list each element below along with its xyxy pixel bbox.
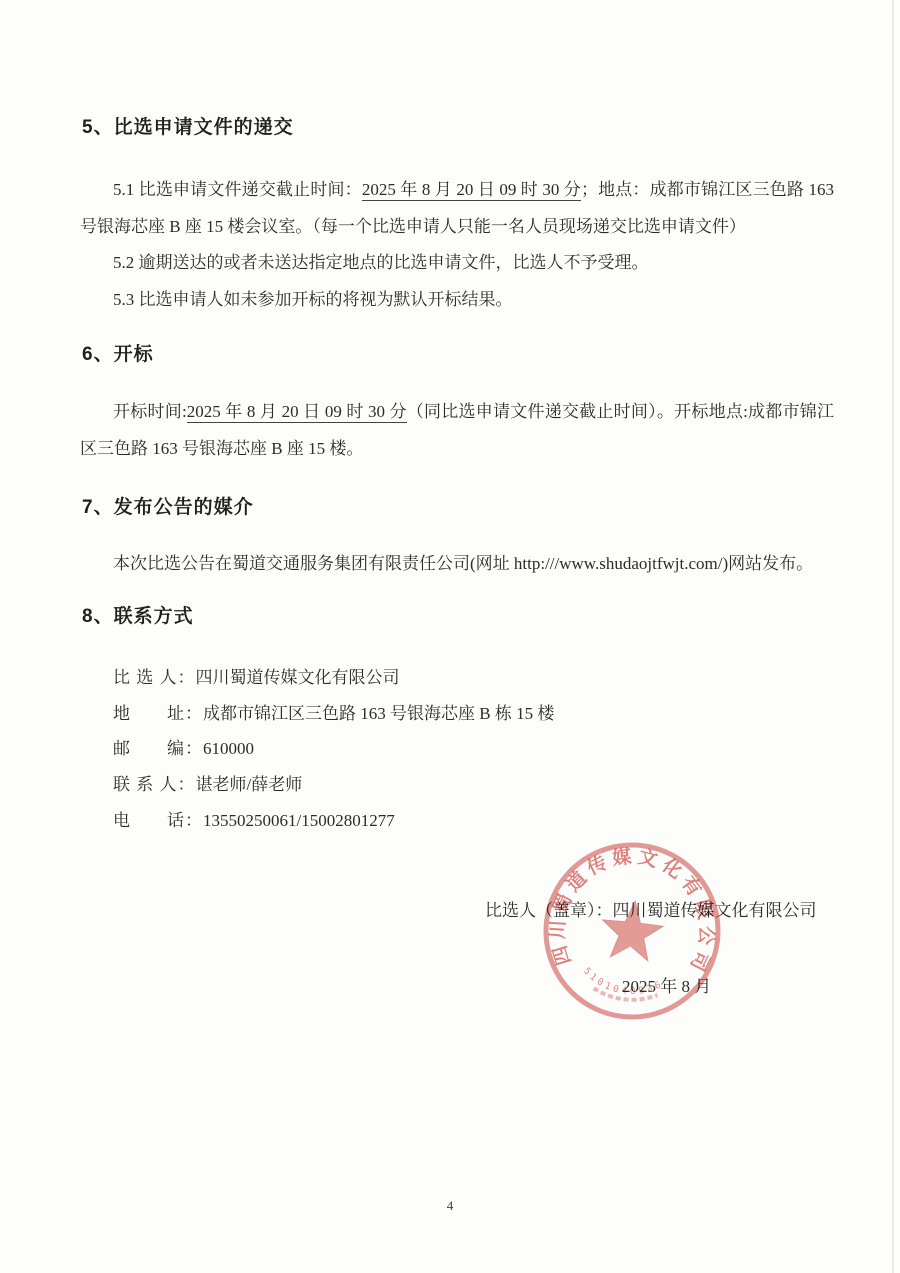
section-8-heading: 8、联系方式: [82, 603, 194, 631]
scan-edge-line: [892, 0, 894, 1273]
contact-value: 610000: [203, 739, 254, 758]
contact-value: 成都市锦江区三色路 163 号银海芯座 B 栋 15 楼: [203, 704, 554, 723]
bid-opening-clause: 开标时间:2025 年 8 月 20 日 09 时 30 分（同比选申请文件递交…: [80, 393, 834, 467]
contact-label: 联 系 人：: [113, 775, 196, 794]
bid-opening-time-underlined: 2025 年 8 月 20 日 09 时 30 分: [187, 402, 407, 423]
company-seal-stamp: 四川蜀道传媒文化有限公司 5101040936: [517, 816, 748, 1047]
clause-5-2: 5.2 逾期送达的或者未送达指定地点的比选申请文件，比选人不予受理。: [80, 245, 834, 282]
contact-row-postcode: 邮 编：610000: [113, 731, 554, 767]
document-page: 5、比选申请文件的递交 5.1 比选申请文件递交截止时间：2025 年 8 月 …: [0, 0, 900, 1273]
section-6-body: 开标时间:2025 年 8 月 20 日 09 时 30 分（同比选申请文件递交…: [80, 393, 834, 467]
contact-label: 地 址：: [113, 704, 203, 723]
seal-star-icon: [599, 898, 666, 962]
submission-deadline-underlined: 2025 年 8 月 20 日 09 时 30 分: [362, 180, 581, 201]
contact-row-bidder: 比 选 人：四川蜀道传媒文化有限公司: [113, 660, 554, 696]
section-6-heading: 6、开标: [82, 341, 154, 369]
seal-serial-number: 5101040936: [579, 965, 667, 1001]
contact-label: 比 选 人：: [113, 668, 196, 687]
clause-5-3: 5.3 比选申请人如未参加开标的将视为默认开标结果。: [80, 282, 834, 319]
contact-value: 谌老师/薛老师: [196, 775, 303, 794]
contact-row-person: 联 系 人：谌老师/薛老师: [113, 767, 554, 803]
announcement-media-clause: 本次比选公告在蜀道交通服务集团有限责任公司(网址 http:///www.shu…: [80, 545, 834, 582]
contact-row-address: 地 址：成都市锦江区三色路 163 号银海芯座 B 栋 15 楼: [113, 696, 554, 732]
clause-5-1: 5.1 比选申请文件递交截止时间：2025 年 8 月 20 日 09 时 30…: [80, 172, 834, 245]
page-number: 4: [0, 1198, 900, 1214]
section-5-heading: 5、比选申请文件的递交: [82, 114, 294, 142]
contact-row-phone: 电 话：13550250061/15002801277: [113, 803, 554, 839]
contact-label: 电 话：: [113, 811, 203, 830]
contact-info-block: 比 选 人：四川蜀道传媒文化有限公司 地 址：成都市锦江区三色路 163 号银海…: [113, 660, 554, 839]
section-7-body: 本次比选公告在蜀道交通服务集团有限责任公司(网址 http:///www.shu…: [80, 545, 834, 582]
contact-value: 四川蜀道传媒文化有限公司: [196, 668, 400, 687]
bid-opening-pre: 开标时间:: [113, 402, 187, 421]
contact-label: 邮 编：: [113, 739, 203, 758]
section-7-heading: 7、发布公告的媒介: [82, 494, 254, 522]
contact-value: 13550250061/15002801277: [203, 811, 395, 830]
section-5-body: 5.1 比选申请文件递交截止时间：2025 年 8 月 20 日 09 时 30…: [80, 172, 834, 318]
clause-5-1-pre: 5.1 比选申请文件递交截止时间：: [113, 180, 362, 199]
